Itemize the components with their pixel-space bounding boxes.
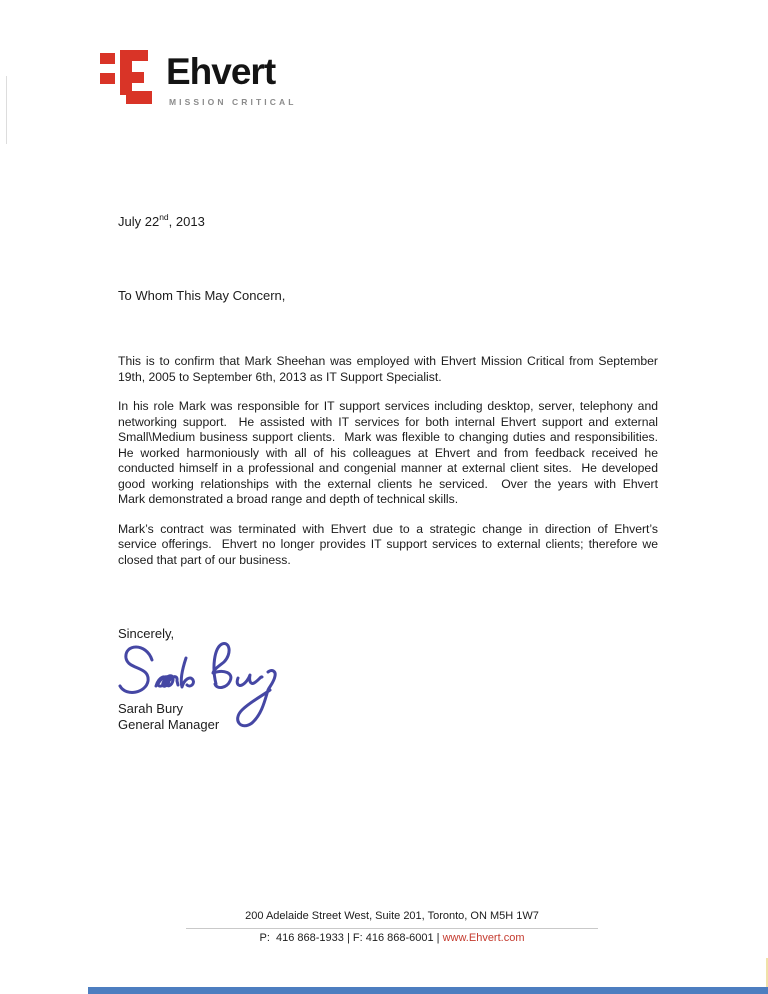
logo-brand-name: Ehvert bbox=[166, 51, 275, 93]
paragraph-line: closed that part of our business. bbox=[118, 553, 658, 569]
letter-body: This is to confirm that Mark Sheehan was… bbox=[118, 354, 658, 582]
letter-date: July 22nd, 2013 bbox=[118, 212, 205, 229]
footer-website-link[interactable]: www.Ehvert.com bbox=[443, 932, 525, 944]
footer-address: 200 Adelaide Street West, Suite 201, Tor… bbox=[8, 910, 768, 922]
scan-artifact-left-edge bbox=[6, 76, 7, 144]
footer-divider bbox=[186, 928, 598, 929]
paragraph-line: He worked harmoniously with all of his c… bbox=[118, 446, 658, 462]
paragraph-line: good working relationships with the exte… bbox=[118, 477, 658, 493]
paragraph-line: conducted himself in a professional and … bbox=[118, 461, 658, 477]
letter-page: Ehvert MISSION CRITICAL July 22nd, 2013 … bbox=[0, 0, 768, 994]
date-ordinal-superscript: nd bbox=[159, 212, 168, 222]
paragraph-line: Mark’s contract was terminated with Ehve… bbox=[118, 522, 658, 538]
paragraph: In his role Mark was responsible for IT … bbox=[118, 399, 658, 508]
bottom-blue-bar bbox=[88, 987, 768, 994]
paragraph-line: Small\Medium business support clients. M… bbox=[118, 430, 658, 446]
logo-tagline: MISSION CRITICAL bbox=[169, 97, 297, 107]
paragraph-line: service offerings. Ehvert no longer prov… bbox=[118, 537, 658, 553]
footer-phone-fax: P: 416 868-1933 | F: 416 868-6001 | bbox=[260, 932, 443, 944]
paragraph-line: This is to confirm that Mark Sheehan was… bbox=[118, 354, 658, 370]
ehvert-logo-icon bbox=[100, 50, 154, 106]
signer-title: General Manager bbox=[118, 717, 219, 732]
paragraph-line: networking support. He assisted with IT … bbox=[118, 415, 658, 431]
paragraph-line: Mark demonstrated a broad range and dept… bbox=[118, 492, 658, 508]
salutation: To Whom This May Concern, bbox=[118, 288, 285, 303]
signer-name: Sarah Bury bbox=[118, 701, 183, 716]
paragraph: Mark’s contract was terminated with Ehve… bbox=[118, 522, 658, 569]
paragraph-line: 19th, 2005 to September 6th, 2013 as IT … bbox=[118, 370, 658, 386]
footer-contact: P: 416 868-1933 | F: 416 868-6001 | www.… bbox=[8, 932, 768, 944]
paragraph-line: In his role Mark was responsible for IT … bbox=[118, 399, 658, 415]
paragraph: This is to confirm that Mark Sheehan was… bbox=[118, 354, 658, 385]
